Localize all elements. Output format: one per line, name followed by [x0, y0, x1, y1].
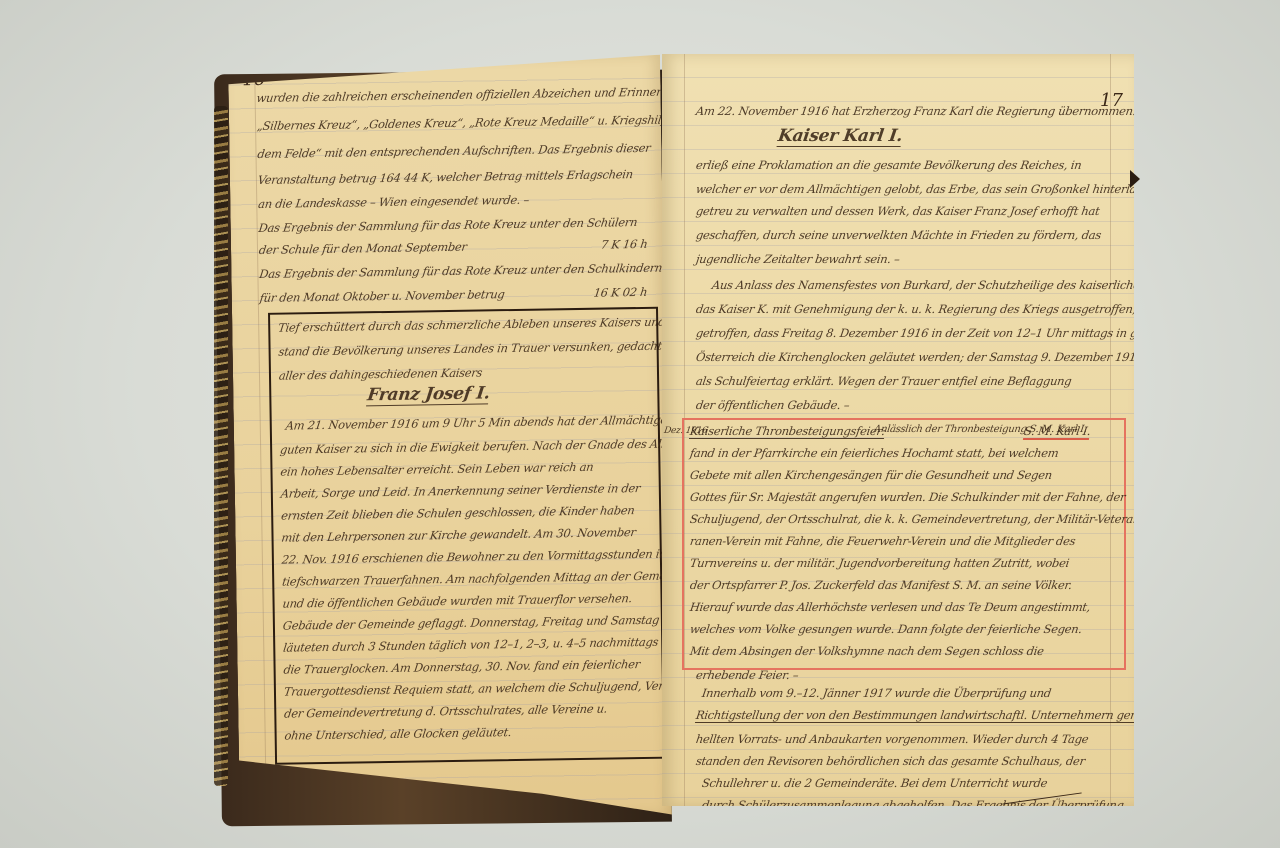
- left-page: 16 wurden die zahlreichen erscheinenden …: [228, 55, 672, 822]
- thronbesteigung-entry-box: Kaiserliche Thronbesteigungsfeier: S. M.…: [682, 418, 1126, 670]
- right-page: 17 Am 22. November 1916 hat Erzherzog Fr…: [662, 54, 1134, 806]
- memorial-entry-box: Tief erschüttert durch das schmerzliche …: [268, 307, 665, 765]
- header-line: Am 22. November 1916 hat Erzherzog Franz…: [695, 104, 1134, 118]
- bookmark-tab: [1130, 170, 1140, 188]
- open-ledger-book: 16 wurden die zahlreichen erscheinenden …: [212, 46, 1134, 836]
- entry-heading: Kaiserliche Thronbesteigungsfeier:: [689, 424, 886, 439]
- heading-franz-josef: Franz Josef I.: [366, 383, 491, 406]
- amount-value: 7 K 16 h: [600, 237, 648, 252]
- marbled-edge: [214, 106, 228, 786]
- heading-kaiser-karl: Kaiser Karl I.: [777, 126, 904, 147]
- amount-value: 16 K 02 h: [593, 285, 648, 300]
